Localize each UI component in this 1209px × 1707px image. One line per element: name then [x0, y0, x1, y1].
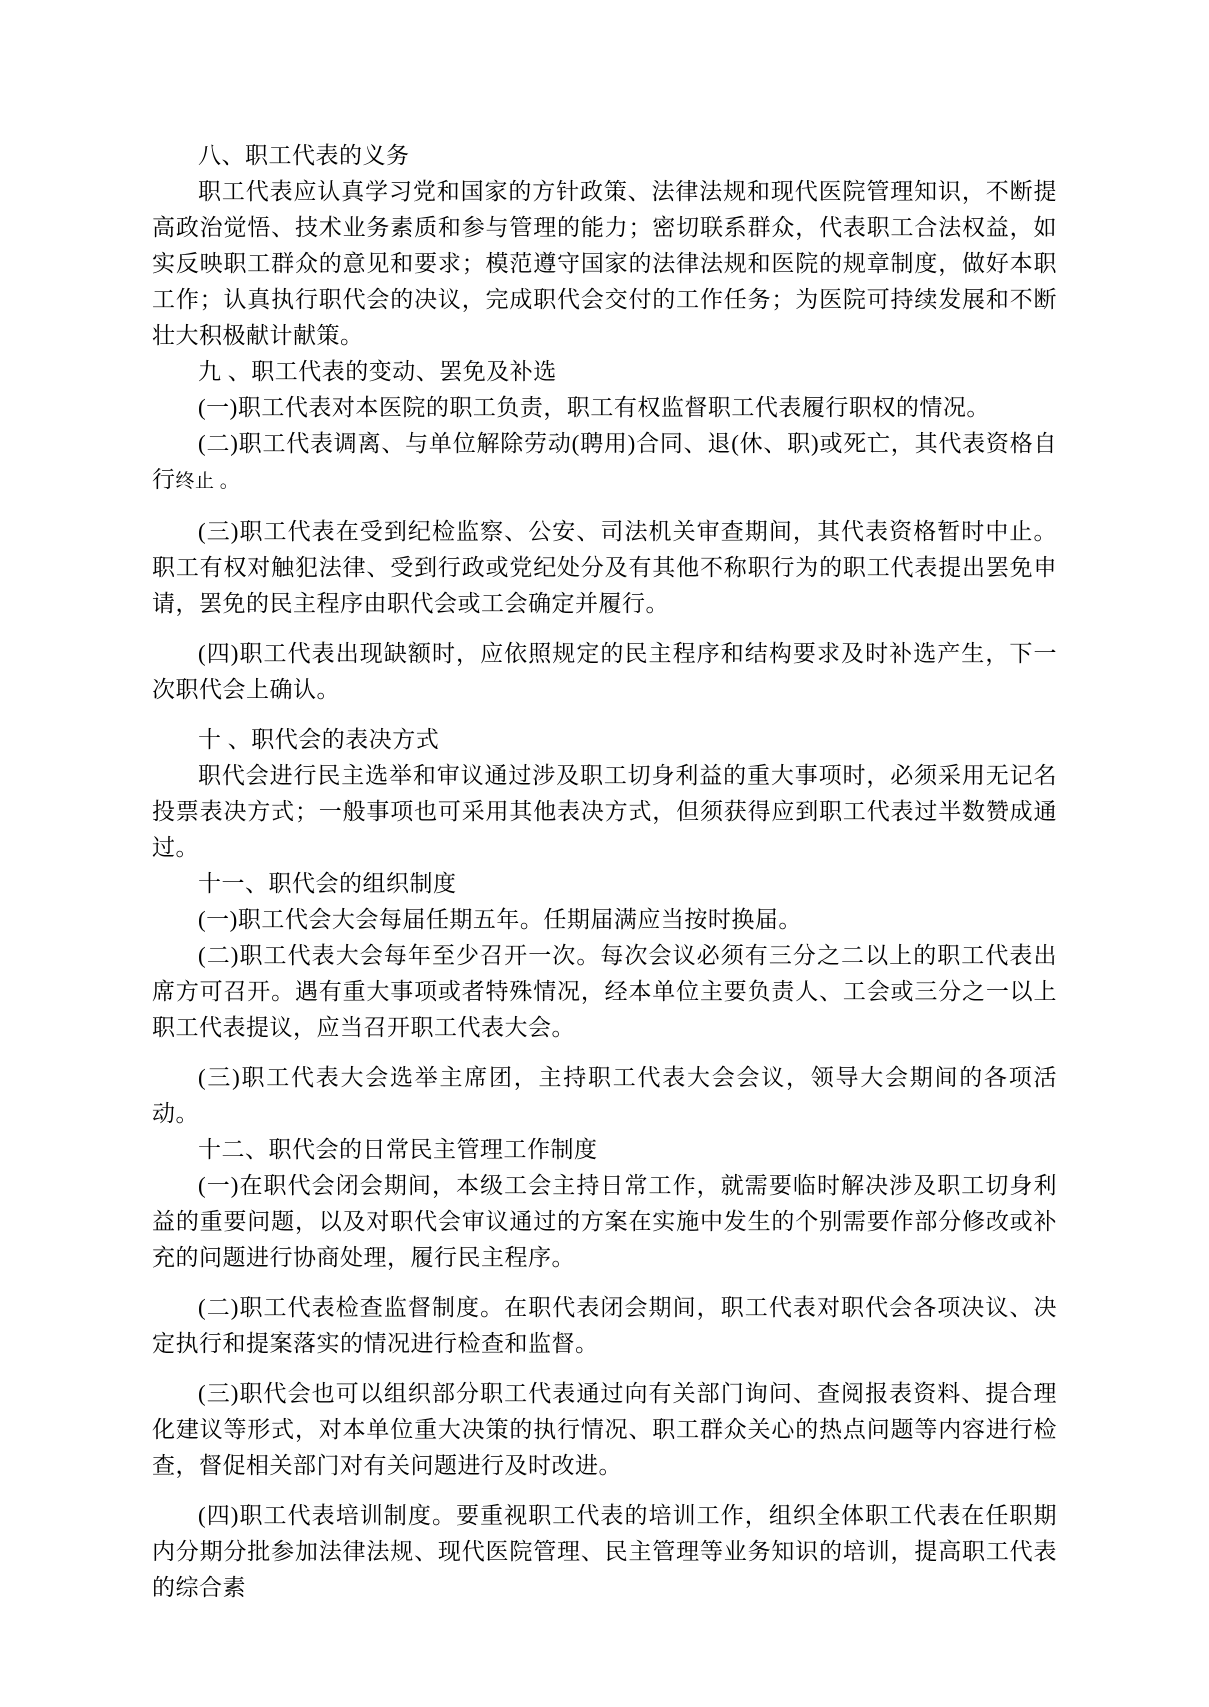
para-9-item-4: (四)职工代表出现缺额时，应依照规定的民主程序和结构要求及时补选产生，下一次职代…	[152, 636, 1057, 708]
para-9-item-2-main: (二)职工代表调离、与单位解除劳动(聘用)合同、退(休、职)或死亡，其代表资格自…	[152, 431, 1057, 492]
para-11-item-3: (三)职工代表大会选举主席团，主持职工代表大会会议，领导大会期间的各项活动。	[152, 1060, 1057, 1132]
para-12-item-4: (四)职工代表培训制度。要重视职工代表的培训工作，组织全体职工代表在任职期内分期…	[152, 1498, 1057, 1606]
document-body: 八、职工代表的义务 职工代表应认真学习党和国家的方针政策、法律法规和现代医院管理…	[152, 138, 1057, 1606]
para-9-item-2-tail: 终止 。	[176, 471, 240, 492]
para-9-item-3: (三)职工代表在受到纪检监察、公安、司法机关审查期间，其代表资格暂时中止。职工有…	[152, 514, 1057, 622]
para-9-item-1: (一)职工代表对本医院的职工负责，职工有权监督职工代表履行职权的情况。	[152, 390, 1057, 426]
para-8-duties: 职工代表应认真学习党和国家的方针政策、法律法规和现代医院管理知识，不断提高政治觉…	[152, 174, 1057, 354]
document-page: 八、职工代表的义务 职工代表应认真学习党和国家的方针政策、法律法规和现代医院管理…	[0, 0, 1209, 1707]
para-12-item-1: (一)在职代会闭会期间，本级工会主持日常工作，就需要临时解决涉及职工切身利益的重…	[152, 1168, 1057, 1276]
section-heading-12: 十二、职代会的日常民主管理工作制度	[152, 1132, 1057, 1168]
section-heading-9: 九 、职工代表的变动、罢免及补选	[152, 354, 1057, 390]
para-11-item-1: (一)职工代会大会每届任期五年。任期届满应当按时换届。	[152, 902, 1057, 938]
para-12-item-3: (三)职代会也可以组织部分职工代表通过向有关部门询问、查阅报表资料、提合理化建议…	[152, 1376, 1057, 1484]
section-heading-11: 十一、职代会的组织制度	[152, 866, 1057, 902]
para-9-item-2: (二)职工代表调离、与单位解除劳动(聘用)合同、退(休、职)或死亡，其代表资格自…	[152, 426, 1057, 500]
para-12-item-2: (二)职工代表检查监督制度。在职代表闭会期间，职工代表对职代会各项决议、决定执行…	[152, 1290, 1057, 1362]
para-10-voting: 职代会进行民主选举和审议通过涉及职工切身利益的重大事项时，必须采用无记名投票表决…	[152, 758, 1057, 866]
para-11-item-2: (二)职工代表大会每年至少召开一次。每次会议必须有三分之二以上的职工代表出席方可…	[152, 938, 1057, 1046]
section-heading-10: 十 、职代会的表决方式	[152, 722, 1057, 758]
section-heading-8: 八、职工代表的义务	[152, 138, 1057, 174]
